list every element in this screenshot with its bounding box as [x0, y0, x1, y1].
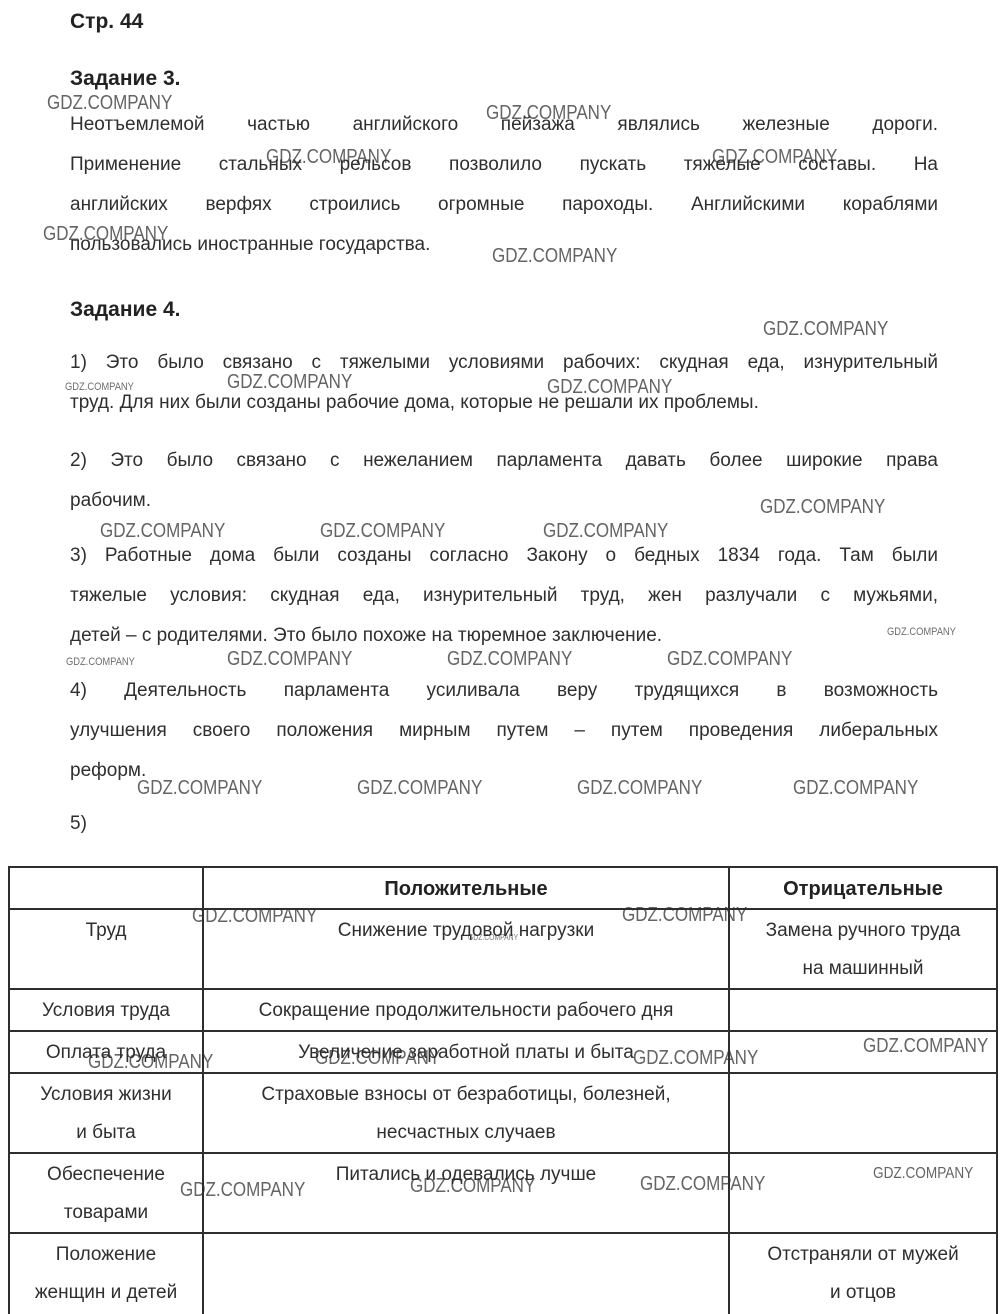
task3-answer: Неотъемлемой частью английского пейзажа … — [70, 105, 938, 265]
answer-line: рабочим. — [70, 481, 938, 521]
task3-line: пользовались иностранные государства. — [70, 225, 938, 265]
page-number: Стр. 44 — [70, 10, 143, 34]
answer-line: детей – с родителями. Это было похоже на… — [70, 616, 938, 656]
cell-line: на машинный — [734, 950, 992, 988]
table-row: Условия жизни и быта Страховые взносы от… — [9, 1073, 997, 1153]
cell-line: Страховые взносы от безработицы, болезне… — [208, 1076, 724, 1114]
table-row: Труд Снижение трудовой нагрузки Замена р… — [9, 909, 997, 989]
task4-answer-2: 2) Это было связано с нежеланием парламе… — [70, 441, 938, 521]
table-cell: Условия труда — [9, 989, 203, 1031]
task4-answer-5: 5) — [70, 804, 938, 844]
answer-line: 1) Это было связано с тяжелыми условиями… — [70, 343, 938, 383]
table-cell — [729, 1031, 997, 1073]
answer-line: труд. Для них были созданы рабочие дома,… — [70, 383, 938, 423]
cell-line: Труд — [14, 912, 198, 950]
cell-line: Увеличение заработной платы и быта — [208, 1034, 724, 1072]
table-header-negative: Отрицательные — [729, 867, 997, 909]
table-cell: Условия жизни и быта — [9, 1073, 203, 1153]
task3-heading: Задание 3. — [70, 67, 180, 91]
table-cell: Обеспечение товарами — [9, 1153, 203, 1233]
answer-5-label: 5) — [70, 804, 938, 844]
watermark: GDZ.COMPANY — [763, 318, 888, 341]
cell-line: несчастных случаев — [208, 1114, 724, 1152]
table-cell: Сокращение продолжительности рабочего дн… — [203, 989, 729, 1031]
table-cell: Труд — [9, 909, 203, 989]
table-cell: Питались и одевались лучше — [203, 1153, 729, 1233]
cell-line: Снижение трудовой нагрузки — [208, 912, 724, 950]
task3-line: английских верфях строились огромные пар… — [70, 185, 938, 225]
task3-line: Неотъемлемой частью английского пейзажа … — [70, 105, 938, 145]
table-row: Обеспечение товарами Питались и одевалис… — [9, 1153, 997, 1233]
cell-line: Сокращение продолжительности рабочего дн… — [208, 992, 724, 1030]
table-cell — [729, 989, 997, 1031]
watermark: GDZ.COMPANY — [66, 656, 135, 668]
cell-line: Положение — [14, 1236, 198, 1274]
task4-answer-1: 1) Это было связано с тяжелыми условиями… — [70, 343, 938, 423]
answer-line: улучшения своего положения мирным путем … — [70, 711, 938, 751]
cell-line: женщин и детей — [14, 1274, 198, 1312]
table-cell — [729, 1153, 997, 1233]
task4-heading: Задание 4. — [70, 298, 180, 322]
table-row: Положение женщин и детей Отстраняли от м… — [9, 1233, 997, 1314]
table-header-category — [9, 867, 203, 909]
table-header-row: Положительные Отрицательные — [9, 867, 997, 909]
cell-line: Условия жизни — [14, 1076, 198, 1114]
answer-line: тяжелые условия: скудная еда, изнуритель… — [70, 576, 938, 616]
table-row: Оплата труда Увеличение заработной платы… — [9, 1031, 997, 1073]
table-cell: Увеличение заработной платы и быта — [203, 1031, 729, 1073]
table-cell: Оплата труда — [9, 1031, 203, 1073]
cell-line: Обеспечение — [14, 1156, 198, 1194]
task4-answer-3: 3) Работные дома были созданы согласно З… — [70, 536, 938, 656]
cell-line: и быта — [14, 1114, 198, 1152]
answer-line: 2) Это было связано с нежеланием парламе… — [70, 441, 938, 481]
answer-line: реформ. — [70, 751, 938, 791]
document-page: GDZ.COMPANY GDZ.COMPANY GDZ.COMPANY GDZ.… — [0, 0, 1000, 1314]
cell-line: Оплата труда — [14, 1034, 198, 1072]
table-cell: Отстраняли от мужей и отцов — [729, 1233, 997, 1314]
answers-table: Положительные Отрицательные Труд Снижени… — [8, 866, 998, 1314]
cell-line: Условия труда — [14, 992, 198, 1030]
cell-line: товарами — [14, 1194, 198, 1232]
table-header-positive: Положительные — [203, 867, 729, 909]
task3-line: Применение стальных рельсов позволило пу… — [70, 145, 938, 185]
cell-line: и отцов — [734, 1274, 992, 1312]
task4-answer-4: 4) Деятельность парламента усиливала вер… — [70, 671, 938, 791]
table-cell — [203, 1233, 729, 1314]
table-cell — [729, 1073, 997, 1153]
cell-line: Замена ручного труда — [734, 912, 992, 950]
answer-line: 4) Деятельность парламента усиливала вер… — [70, 671, 938, 711]
table-cell: Страховые взносы от безработицы, болезне… — [203, 1073, 729, 1153]
table-cell: Снижение трудовой нагрузки — [203, 909, 729, 989]
cell-line: Отстраняли от мужей — [734, 1236, 992, 1274]
answer-line: 3) Работные дома были созданы согласно З… — [70, 536, 938, 576]
cell-line: Питались и одевались лучше — [208, 1156, 724, 1194]
table-cell: Замена ручного труда на машинный — [729, 909, 997, 989]
table-cell: Положение женщин и детей — [9, 1233, 203, 1314]
table-row: Условия труда Сокращение продолжительнос… — [9, 989, 997, 1031]
